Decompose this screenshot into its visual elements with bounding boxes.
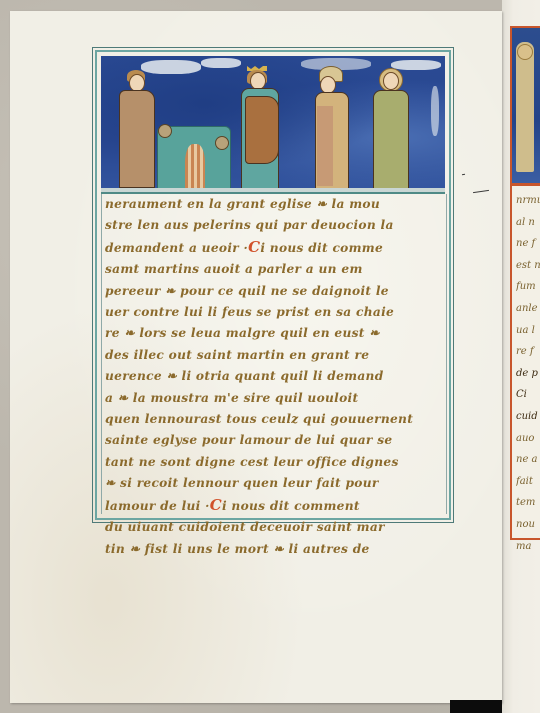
- text-line: quen lennourast tous ceulz qui gouuernen…: [105, 409, 443, 430]
- scan-shadow: [450, 700, 502, 713]
- facing-page-text: nrmu al n ne f est n fum anle ua l re f …: [516, 190, 540, 557]
- dead-head: [215, 136, 229, 150]
- text-line: demandent a ueoir ·Ci nous dit comme: [105, 237, 443, 259]
- text-line: des illec out saint martin en grant re: [105, 345, 443, 366]
- cloud: [431, 86, 439, 136]
- text-line: lamour de lui ·Ci nous dit comment: [105, 495, 443, 517]
- facing-page-frame: nrmu al n ne f est n fum anle ua l re f …: [510, 26, 540, 540]
- miniature-illustration: [101, 56, 445, 194]
- figure-saint: [371, 68, 409, 192]
- text-line: tant ne sont digne cest leur office dign…: [105, 452, 443, 473]
- text-line: sainte eglyse pour lamour de lui quar se: [105, 430, 443, 451]
- shroud: [185, 144, 205, 190]
- ground-line: [101, 188, 445, 192]
- figure-king: [237, 66, 281, 192]
- text-line: du uiuant cuidoient deceuoir saint mar: [105, 517, 443, 538]
- rubric-initial: C: [210, 496, 222, 514]
- text-line: tin ❧ fist li uns le mort ❧ li autres de: [105, 539, 443, 560]
- text-line: a ❧ la moustra m'e sire quil uouloit: [105, 388, 443, 409]
- facing-saint-figure: [516, 42, 534, 172]
- facing-page-miniature: [512, 28, 540, 186]
- margin-pen-mark: [462, 174, 465, 175]
- figure-pilgrim: [117, 70, 157, 192]
- text-frame: neraument en la grant eglise ❧ la mou st…: [95, 50, 451, 520]
- text-line: uer contre lui li feus se prist en sa ch…: [105, 302, 443, 323]
- rubric-initial: C: [248, 238, 260, 256]
- figure-bishop: [311, 66, 351, 192]
- text-line: samt martins auoit a parler a un em: [105, 259, 443, 280]
- text-line: re ❧ lors se leua malgre quil en eust ❧: [105, 323, 443, 344]
- halo-icon: [517, 44, 533, 60]
- margin-pen-mark: [473, 190, 489, 193]
- manuscript-text: neraument en la grant eglise ❧ la mou st…: [105, 194, 443, 560]
- text-line: neraument en la grant eglise ❧ la mou: [105, 194, 443, 215]
- cloud: [201, 58, 241, 68]
- text-line: uerence ❧ li otria quant quil li demand: [105, 366, 443, 387]
- dead-head: [158, 124, 172, 138]
- text-line: ❧ si recoit lennour quen leur fait pour: [105, 473, 443, 494]
- text-line: pereeur ❧ pour ce quil ne se daignoit le: [105, 281, 443, 302]
- text-line: stre len aus pelerins qui par deuocion l…: [105, 215, 443, 236]
